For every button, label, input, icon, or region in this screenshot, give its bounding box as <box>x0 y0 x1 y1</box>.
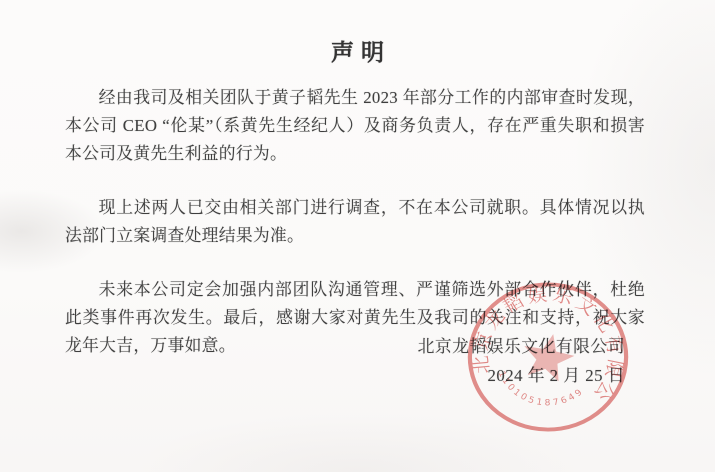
star-icon <box>518 329 578 383</box>
document-title: 声明 <box>0 0 715 67</box>
company-seal-stamp: 北京龙韬娱乐文化有限公司 1101051876491 <box>464 279 632 435</box>
paragraph-investigation-status: 现上述两人已交由相关部门进行调查，不在本公司就职。具体情况以执法部门立案调查处理… <box>65 194 645 250</box>
paragraph-internal-audit-finding: 经由我司及相关团队于黄子韬先生 2023 年部分工作的内部审查时发现，本公司 C… <box>65 84 645 168</box>
statement-document-page: 声明 经由我司及相关团队于黄子韬先生 2023 年部分工作的内部审查时发现，本公… <box>0 0 715 472</box>
